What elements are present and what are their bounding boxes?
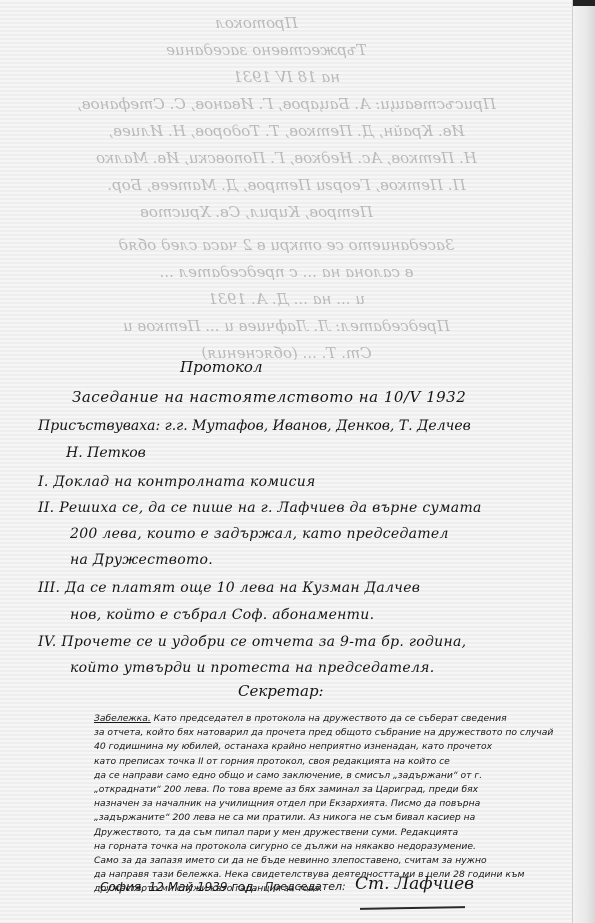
note-line: „откраднати“ 200 лева. По това време аз … [94, 783, 564, 797]
agenda-item-3-cont: нов, който е събрал Соф. абонаменти. [70, 607, 374, 623]
note-line: Само за да запазя името си да не бъде не… [94, 854, 564, 868]
agenda-item-2-cont: на Дружеството. [70, 552, 213, 568]
note-label: Забележка. [94, 713, 151, 724]
signer-title: Председател: [265, 880, 346, 893]
bleed-line: Ст. Т. ... (обяснения) [0, 340, 573, 367]
footnote-block: Забележка. Като председател в протокола … [94, 712, 564, 897]
bleed-line: и ... на ... Д. А. 1931 [0, 286, 573, 313]
place-date: София, 12 Май 1939 год. [100, 880, 257, 894]
bleed-through-top: Протокол Тържествено заседание на 18 IV … [0, 10, 573, 226]
bleed-line: П. Петков, Георги Петров, Д. Матеев, Бор… [0, 172, 573, 199]
note-line: Забележка. Като председател в протокола … [94, 712, 564, 726]
bleed-line: Заседанието се откри в 2 часа след обяд [0, 232, 573, 259]
signature: Ст. Лафчиев [355, 874, 474, 894]
item-text: Доклад на контролната комисия [53, 474, 315, 490]
item-text: Решиха се, да се пише на г. Лафчиев да в… [59, 500, 481, 516]
note-text: Като председател в протокола на дружеств… [154, 713, 507, 724]
meeting-line: Заседание на настоятелството на 10/V 193… [72, 388, 466, 406]
secretary-heading: Секретар: [238, 682, 324, 700]
attendees-line: Присъствуваха: г.г. Мутафов, Иванов, Ден… [38, 418, 471, 434]
note-line: Дружеството, та да съм пипал пари у мен … [94, 826, 564, 840]
agenda-item-2: II. Решиха се, да се пише на г. Лафчиев … [38, 500, 482, 516]
note-line: „задържаните“ 200 лева не са ми пратили.… [94, 811, 564, 825]
agenda-item-2-cont: 200 лева, които е задържал, като председ… [70, 526, 449, 542]
item-number: I. [38, 474, 49, 490]
bleed-through-middle: Заседанието се откри в 2 часа след обяд … [0, 232, 573, 367]
agenda-item-3: III. Да се платят още 10 лева на Кузман … [38, 580, 420, 596]
bleed-line: Ив. Крайн, Д. Петков, Т. Тодоров, Н. Или… [0, 118, 573, 145]
attendees-line-2: Н. Петков [66, 445, 146, 461]
bleed-line: в салона на ... с председател ... [0, 259, 573, 286]
agenda-item-1: I. Доклад на контролната комисия [38, 474, 316, 490]
item-number: IV. [38, 634, 57, 650]
note-line: за отчета, който бях натоварил да прочет… [94, 726, 564, 740]
bleed-line: Петров, Кирил, Св. Христов [0, 199, 573, 226]
note-line: да се направи само едно общо и само закл… [94, 769, 564, 783]
page-edge-shadow [572, 0, 595, 923]
item-text: Прочете се и удобри се отчета за 9-та бр… [61, 634, 466, 650]
note-line: като преписах точка II от горния протоко… [94, 755, 564, 769]
note-line: назначен за началник на училищния отдел … [94, 797, 564, 811]
note-line: на горната точка на протокола сигурно се… [94, 840, 564, 854]
item-number: II. [38, 500, 54, 516]
bleed-line: Протокол [0, 10, 573, 37]
document-title: Протокол [180, 358, 263, 376]
note-line: 40 годишнина му юбилей, останаха крайно … [94, 740, 564, 754]
item-text: Да се платят още 10 лева на Кузман Далче… [65, 580, 420, 596]
bleed-line: Присъстващи: А. Бацаров, Г. Иванов, С. С… [0, 91, 573, 118]
bleed-line: на 18 IV 1931 [0, 64, 573, 91]
bleed-line: Тържествено заседание [0, 37, 573, 64]
bleed-line: Н. Петков, Ас. Недков, Г. Поповски, Ив. … [0, 145, 573, 172]
agenda-item-4: IV. Прочете се и удобри се отчета за 9-т… [38, 634, 466, 650]
bleed-line: Председател: Л. Лафчиев и ... Петков и [0, 313, 573, 340]
scan-corner-mark [573, 0, 595, 6]
item-number: III. [38, 580, 60, 596]
agenda-item-4-cont: който утвърди и протеста на председателя… [70, 660, 434, 676]
